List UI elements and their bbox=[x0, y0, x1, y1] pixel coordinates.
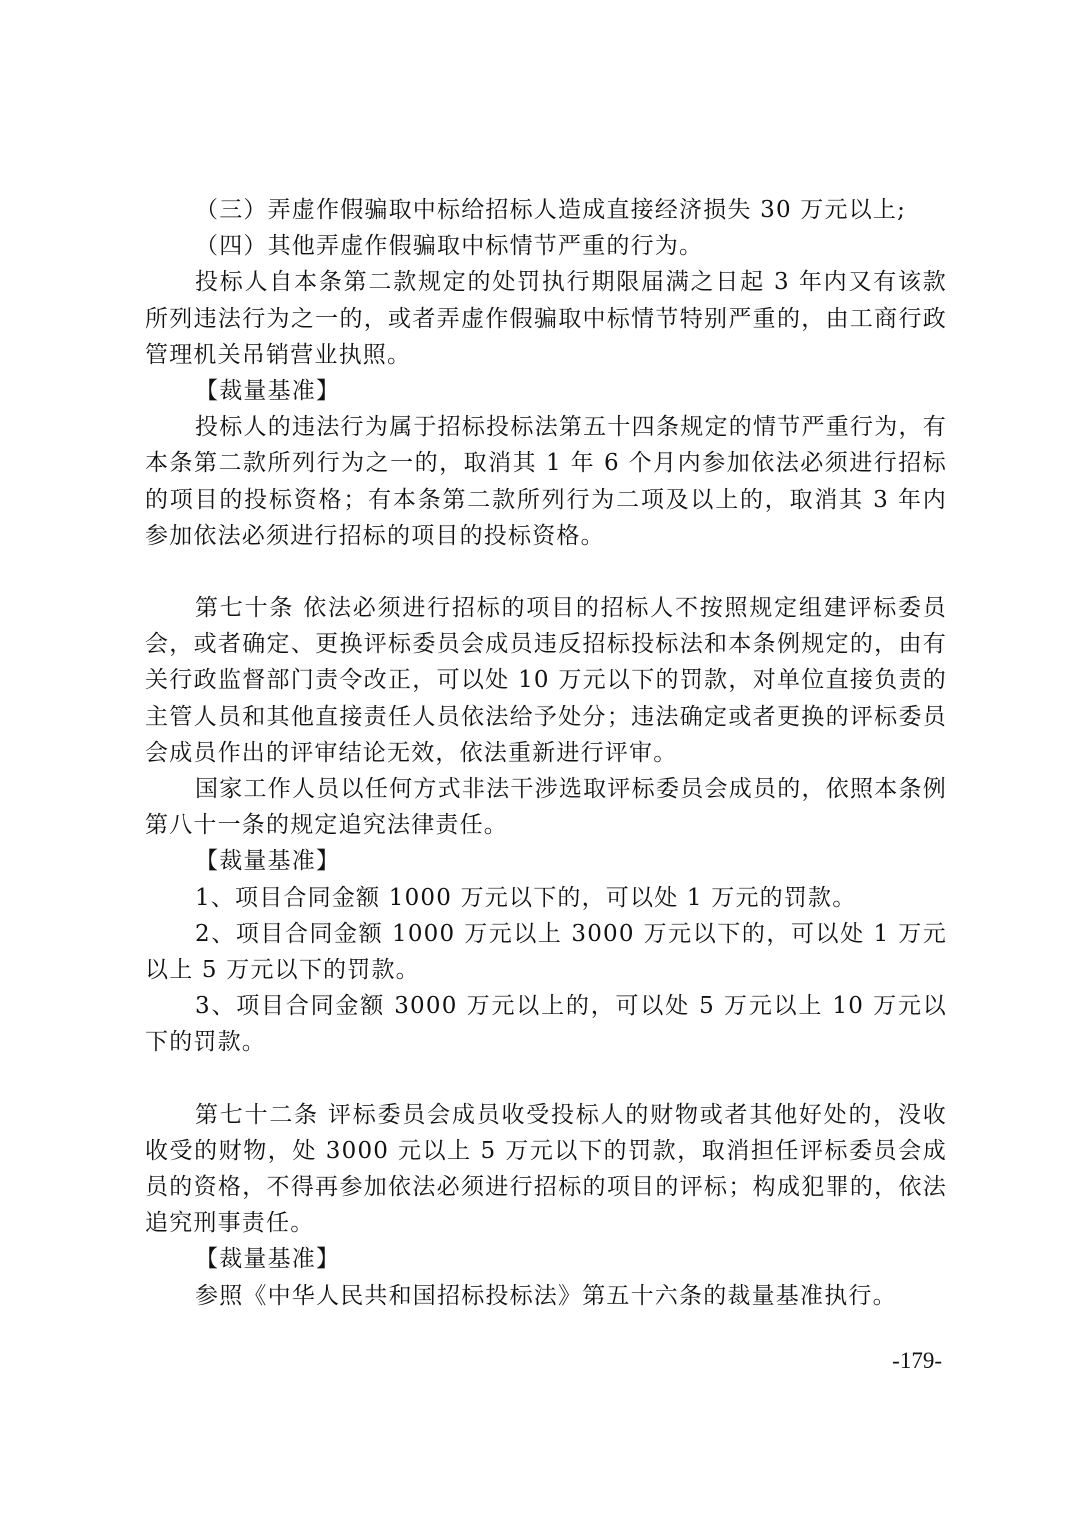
paragraph-revocation: 投标人自本条第二款规定的处罚执行期限届满之日起 3 年内又有该款所列违法行为之一… bbox=[145, 264, 947, 373]
article-72-text: 第七十二条 评标委员会成员收受投标人的财物或者其他好处的，没收收受的财物，处 3… bbox=[145, 1097, 947, 1242]
discretion-heading: 【裁量基准】 bbox=[145, 843, 947, 879]
section-article-70: 第七十条 依法必须进行招标的项目的招标人不按照规定组建评标委员会，或者确定、更换… bbox=[145, 590, 947, 1061]
discretion-heading: 【裁量基准】 bbox=[145, 1241, 947, 1277]
discretion-item-2: 2、项目合同金额 1000 万元以上 3000 万元以下的，可以处 1 万元以上… bbox=[145, 916, 947, 988]
discretion-text: 投标人的违法行为属于招标投标法第五十四条规定的情节严重行为，有本条第二款所列行为… bbox=[145, 409, 947, 554]
discretion-text: 参照《中华人民共和国招标投标法》第五十六条的裁量基准执行。 bbox=[145, 1278, 947, 1314]
page-number: -179- bbox=[892, 1348, 942, 1374]
discretion-heading: 【裁量基准】 bbox=[145, 373, 947, 409]
item-3: （三）弄虚作假骗取中标给招标人造成直接经济损失 30 万元以上; bbox=[145, 192, 947, 228]
section-article-72: 第七十二条 评标委员会成员收受投标人的财物或者其他好处的，没收收受的财物，处 3… bbox=[145, 1097, 947, 1314]
item-4: （四）其他弄虚作假骗取中标情节严重的行为。 bbox=[145, 228, 947, 264]
document-page: （三）弄虚作假骗取中标给招标人造成直接经济损失 30 万元以上; （四）其他弄虚… bbox=[145, 192, 947, 1314]
section-gap bbox=[145, 1061, 947, 1097]
article-70-text: 第七十条 依法必须进行招标的项目的招标人不按照规定组建评标委员会，或者确定、更换… bbox=[145, 590, 947, 771]
section-article-69-continued: （三）弄虚作假骗取中标给招标人造成直接经济损失 30 万元以上; （四）其他弄虚… bbox=[145, 192, 947, 554]
discretion-item-3: 3、项目合同金额 3000 万元以上的，可以处 5 万元以上 10 万元以下的罚… bbox=[145, 988, 947, 1060]
discretion-item-1: 1、项目合同金额 1000 万元以下的，可以处 1 万元的罚款。 bbox=[145, 880, 947, 916]
article-70-paragraph-2: 国家工作人员以任何方式非法干涉选取评标委员会成员的，依照本条例第八十一条的规定追… bbox=[145, 771, 947, 843]
section-gap bbox=[145, 554, 947, 590]
